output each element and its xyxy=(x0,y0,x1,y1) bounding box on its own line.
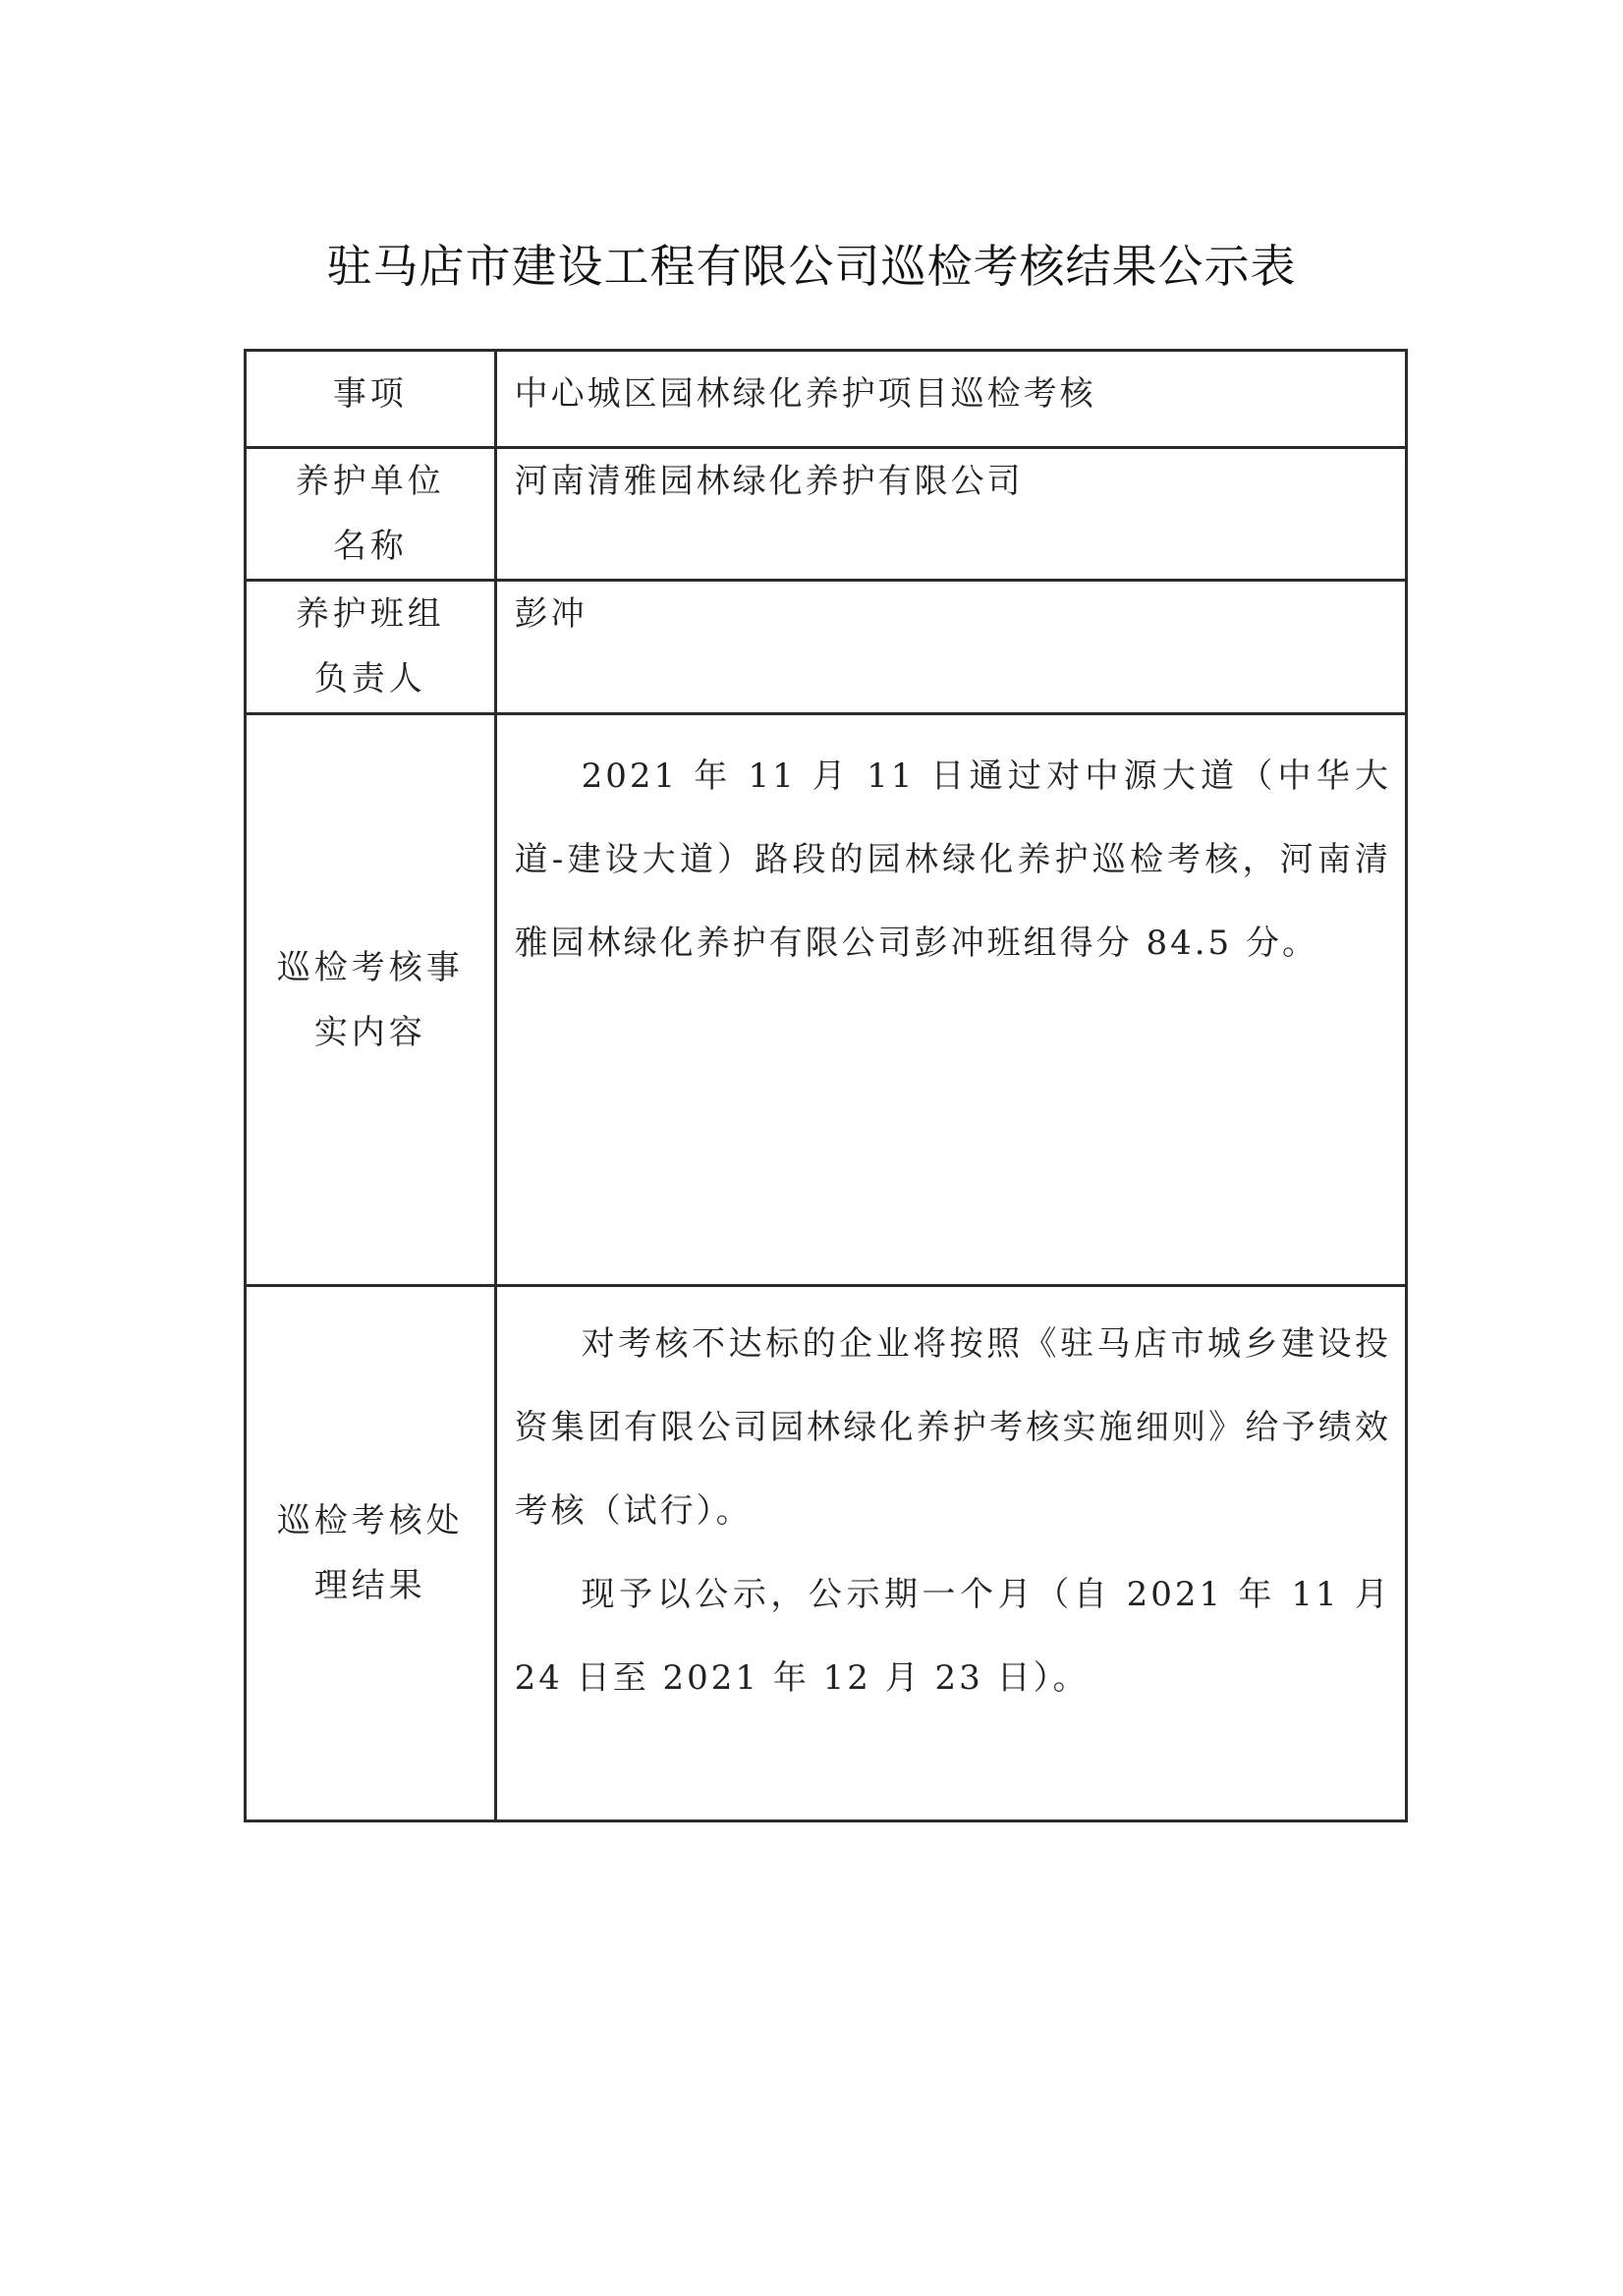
label-cell-result: 巡检考核处 理结果 xyxy=(246,1286,496,1821)
notice-table: 事项 中心城区园林绿化养护项目巡检考核 养护单位 名称 河南清雅园林绿化养护有限… xyxy=(244,349,1408,1822)
value-cell-facts: 2021 年 11 月 11 日通过对中源大道（中华大道-建设大道）路段的园林绿… xyxy=(495,714,1406,1286)
table-row-item: 事项 中心城区园林绿化养护项目巡检考核 xyxy=(246,351,1407,448)
value-cell-team-leader: 彭冲 xyxy=(495,581,1406,714)
label-text: 养护班组 xyxy=(247,582,494,646)
table-row-facts: 巡检考核事 实内容 2021 年 11 月 11 日通过对中源大道（中华大道-建… xyxy=(246,714,1407,1286)
label-cell-item: 事项 xyxy=(246,351,496,448)
table-row-team-leader: 养护班组 负责人 彭冲 xyxy=(246,581,1407,714)
label-text: 实内容 xyxy=(247,1000,494,1065)
value-paragraph: 现予以公示，公示期一个月（自 2021 年 11 月 24 日至 2021 年 … xyxy=(515,1553,1391,1720)
value-cell-company: 河南清雅园林绿化养护有限公司 xyxy=(495,448,1406,581)
label-text: 巡检考核处 xyxy=(247,1488,494,1553)
label-cell-facts: 巡检考核事 实内容 xyxy=(246,714,496,1286)
table-row-result: 巡检考核处 理结果 对考核不达标的企业将按照《驻马店市城乡建设投资集团有限公司园… xyxy=(246,1286,1407,1821)
value-text: 中心城区园林绿化养护项目巡检考核 xyxy=(515,362,1391,426)
label-cell-company: 养护单位 名称 xyxy=(246,448,496,581)
label-text: 事项 xyxy=(247,362,494,426)
label-text: 名称 xyxy=(247,514,494,579)
label-text: 养护单位 xyxy=(247,449,494,514)
value-paragraph: 对考核不达标的企业将按照《驻马店市城乡建设投资集团有限公司园林绿化养护考核实施细… xyxy=(515,1303,1391,1553)
table-row-company: 养护单位 名称 河南清雅园林绿化养护有限公司 xyxy=(246,448,1407,581)
value-text: 河南清雅园林绿化养护有限公司 xyxy=(515,449,1391,514)
label-cell-team-leader: 养护班组 负责人 xyxy=(246,581,496,714)
label-text: 巡检考核事 xyxy=(247,935,494,1000)
value-cell-item: 中心城区园林绿化养护项目巡检考核 xyxy=(495,351,1406,448)
label-text: 理结果 xyxy=(247,1553,494,1618)
label-text: 负责人 xyxy=(247,646,494,711)
value-text: 彭冲 xyxy=(515,582,1391,646)
value-paragraph: 2021 年 11 月 11 日通过对中源大道（中华大道-建设大道）路段的园林绿… xyxy=(515,735,1391,985)
value-cell-result: 对考核不达标的企业将按照《驻马店市城乡建设投资集团有限公司园林绿化养护考核实施细… xyxy=(495,1286,1406,1821)
page-title: 驻马店市建设工程有限公司巡检考核结果公示表 xyxy=(0,232,1623,301)
